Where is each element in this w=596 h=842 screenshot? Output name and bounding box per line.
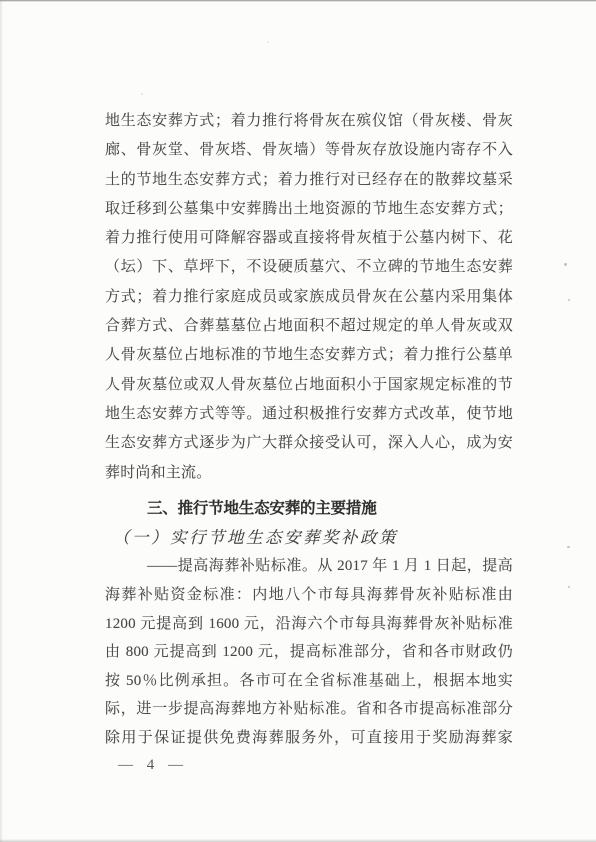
scan-speck (267, 41, 269, 43)
document-body: 地生态安葬方式；着力推行将骨灰在殡仪馆（骨灰楼、骨灰廊、骨灰堂、骨灰塔、骨灰墙）… (105, 107, 513, 753)
scan-edge-top (0, 0, 596, 2)
text-line: 地生态安葬方式等等。通过积极推行安葬方式改革，使节地 (105, 400, 513, 429)
page-number: — 4 — (118, 757, 185, 774)
scan-speck (141, 93, 143, 95)
text-line: 际，进一步提高海葬地方补贴标准。省和各市提高标准部分 (105, 695, 513, 724)
text-line: ——提高海葬补贴标准。从 2017 年 1 月 1 日起，提高 (105, 552, 513, 581)
scan-speck (568, 299, 570, 301)
text-line: 着力推行使用可降解容器或直接将骨灰植于公墓内树下、花 (105, 224, 513, 253)
scan-speck (564, 263, 567, 266)
text-line: 人骨灰墓位占地标准的节地生态安葬方式；着力推行公墓单 (105, 341, 513, 370)
paragraph-burial-methods: 地生态安葬方式；着力推行将骨灰在殡仪馆（骨灰楼、骨灰廊、骨灰堂、骨灰塔、骨灰墙）… (105, 107, 513, 488)
text-line: 1200 元提高到 1600 元，沿海六个市每具海葬骨灰补贴标准 (105, 610, 513, 639)
text-line: 葬时尚和主流。 (105, 459, 513, 488)
text-line: 合葬方式、合葬墓墓位占地面积不超过规定的单人骨灰或双 (105, 312, 513, 341)
text-line: 地生态安葬方式；着力推行将骨灰在殡仪馆（骨灰楼、骨灰 (105, 107, 513, 136)
scan-speck (567, 546, 570, 548)
text-line: （坛）下、草坪下，不设硬质墓穴、不立碑的节地生态安葬 (105, 253, 513, 282)
text-line: 生态安葬方式逐步为广大群众接受认可，深入人心，成为安 (105, 429, 513, 458)
scan-speck (568, 586, 570, 588)
text-line: 廊、骨灰堂、骨灰塔、骨灰墙）等骨灰存放设施内寄存不入 (105, 136, 513, 165)
text-line: 人骨灰墓位或双人骨灰墓位占地面积小于国家规定标准的节 (105, 371, 513, 400)
text-line: 除用于保证提供免费海葬服务外，可直接用于奖励海葬家 (105, 724, 513, 753)
subsection-heading: （一）实行节地生态安葬奖补政策 (113, 523, 513, 552)
scan-edge-left (0, 0, 3, 842)
text-line: 海葬补贴资金标准：内地八个市每具海葬骨灰补贴标准由 (105, 581, 513, 610)
text-line: 土的节地生态安葬方式；着力推行对已经存在的散葬坟墓采 (105, 166, 513, 195)
text-line: 按 50％比例承担。各市可在全省标准基础上，根据本地实 (105, 667, 513, 696)
paragraph-sea-burial-subsidy: ——提高海葬补贴标准。从 2017 年 1 月 1 日起，提高海葬补贴资金标准：… (105, 552, 513, 752)
text-line: 取迁移到公墓集中安葬腾出土地资源的节地生态安葬方式； (105, 195, 513, 224)
document-page: 地生态安葬方式；着力推行将骨灰在殡仪馆（骨灰楼、骨灰廊、骨灰堂、骨灰塔、骨灰墙）… (0, 0, 596, 842)
section-heading: 三、推行节地生态安葬的主要措施 (147, 494, 513, 523)
text-line: 由 800 元提高到 1200 元，提高标准部分，省和各市财政仍 (105, 638, 513, 667)
text-line: 方式；着力推行家庭成员或家族成员骨灰在公墓内采用集体 (105, 283, 513, 312)
